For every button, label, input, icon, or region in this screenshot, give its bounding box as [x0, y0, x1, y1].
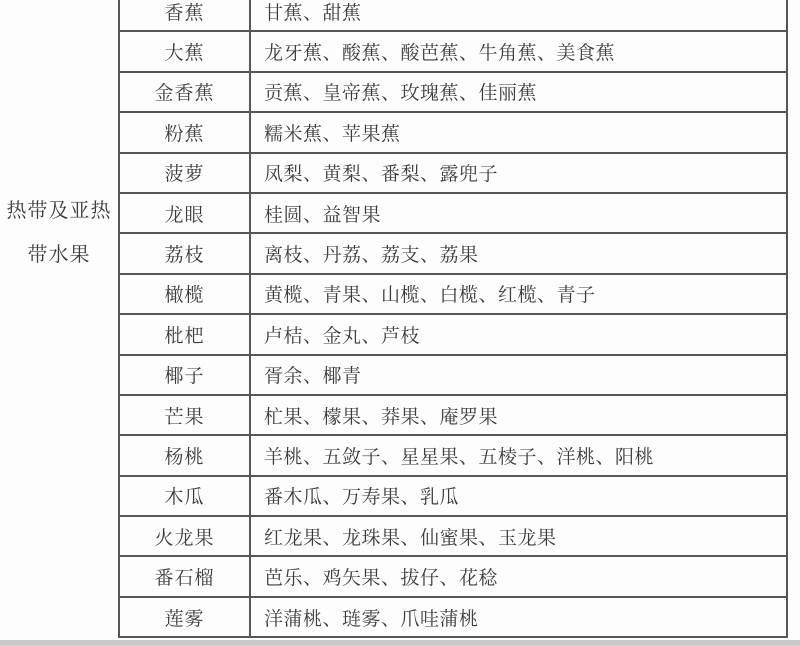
fruit-name-cell: 橄榄 [118, 275, 251, 313]
table-row: 菠萝 凤梨、黄梨、番梨、露兜子 [118, 154, 788, 194]
table-row: 莲雾 洋蒲桃、琏雾、爪哇蒲桃 [118, 598, 788, 638]
table-row: 大蕉 龙牙蕉、酸蕉、酸芭蕉、牛角蕉、美食蕉 [118, 32, 788, 72]
table-row: 粉蕉 糯米蕉、苹果蕉 [118, 113, 788, 153]
fruit-aliases-cell: 离枝、丹荔、荔支、荔果 [251, 234, 788, 272]
fruit-name-cell: 金香蕉 [118, 73, 251, 111]
table-row: 枇杷 卢桔、金丸、芦枝 [118, 315, 788, 355]
table-row: 火龙果 红龙果、龙珠果、仙蜜果、玉龙果 [118, 517, 788, 557]
fruit-aliases-cell: 龙牙蕉、酸蕉、酸芭蕉、牛角蕉、美食蕉 [251, 32, 788, 70]
table-row: 龙眼 桂圆、益智果 [118, 194, 788, 234]
table-row: 荔枝 离枝、丹荔、荔支、荔果 [118, 234, 788, 274]
table-row: 香蕉 甘蕉、甜蕉 [118, 0, 788, 32]
fruit-aliases-cell: 甘蕉、甜蕉 [251, 0, 788, 30]
table-row: 杨桃 羊桃、五敛子、星星果、五棱子、洋桃、阳桃 [118, 436, 788, 476]
fruit-name-cell: 菠萝 [118, 154, 251, 192]
fruit-name-cell: 火龙果 [118, 517, 251, 555]
fruit-name-cell: 芒果 [118, 396, 251, 434]
fruit-aliases-cell: 凤梨、黄梨、番梨、露兜子 [251, 154, 788, 192]
fruit-name-cell: 龙眼 [118, 194, 251, 232]
fruit-table: 香蕉 甘蕉、甜蕉 大蕉 龙牙蕉、酸蕉、酸芭蕉、牛角蕉、美食蕉 金香蕉 贡蕉、皇帝… [118, 0, 788, 638]
fruit-name-cell: 枇杷 [118, 315, 251, 353]
category-label-line-2: 带水果 [0, 233, 118, 277]
fruit-aliases-cell: 卢桔、金丸、芦枝 [251, 315, 788, 353]
table-row: 橄榄 黄榄、青果、山榄、白榄、红榄、青子 [118, 275, 788, 315]
category-label: 热带及亚热 带水果 [0, 189, 118, 277]
fruit-aliases-cell: 芭乐、鸡矢果、拔仔、花稔 [251, 557, 788, 595]
fruit-name-cell: 香蕉 [118, 0, 251, 30]
fruit-aliases-cell: 红龙果、龙珠果、仙蜜果、玉龙果 [251, 517, 788, 555]
fruit-aliases-cell: 桂圆、益智果 [251, 194, 788, 232]
fruit-aliases-cell: 杧果、檬果、莽果、庵罗果 [251, 396, 788, 434]
fruit-name-cell: 粉蕉 [118, 113, 251, 151]
fruit-name-cell: 木瓜 [118, 477, 251, 515]
fruit-aliases-cell: 糯米蕉、苹果蕉 [251, 113, 788, 151]
fruit-aliases-cell: 番木瓜、万寿果、乳瓜 [251, 477, 788, 515]
table-row: 番石榴 芭乐、鸡矢果、拔仔、花稔 [118, 557, 788, 597]
category-label-line-1: 热带及亚热 [0, 189, 118, 233]
fruit-name-cell: 椰子 [118, 356, 251, 394]
table-row: 芒果 杧果、檬果、莽果、庵罗果 [118, 396, 788, 436]
fruit-name-cell: 荔枝 [118, 234, 251, 272]
fruit-aliases-cell: 黄榄、青果、山榄、白榄、红榄、青子 [251, 275, 788, 313]
fruit-name-cell: 番石榴 [118, 557, 251, 595]
fruit-aliases-cell: 洋蒲桃、琏雾、爪哇蒲桃 [251, 598, 788, 636]
fruit-name-cell: 杨桃 [118, 436, 251, 474]
table-row: 椰子 胥余、椰青 [118, 356, 788, 396]
fruit-aliases-cell: 羊桃、五敛子、星星果、五棱子、洋桃、阳桃 [251, 436, 788, 474]
table-row: 木瓜 番木瓜、万寿果、乳瓜 [118, 477, 788, 517]
document-page: 热带及亚热 带水果 香蕉 甘蕉、甜蕉 大蕉 龙牙蕉、酸蕉、酸芭蕉、牛角蕉、美食蕉… [0, 0, 800, 645]
table-row: 金香蕉 贡蕉、皇帝蕉、玫瑰蕉、佳丽蕉 [118, 73, 788, 113]
bottom-edge-strip [0, 640, 800, 645]
fruit-name-cell: 大蕉 [118, 32, 251, 70]
fruit-aliases-cell: 贡蕉、皇帝蕉、玫瑰蕉、佳丽蕉 [251, 73, 788, 111]
fruit-name-cell: 莲雾 [118, 598, 251, 636]
fruit-aliases-cell: 胥余、椰青 [251, 356, 788, 394]
